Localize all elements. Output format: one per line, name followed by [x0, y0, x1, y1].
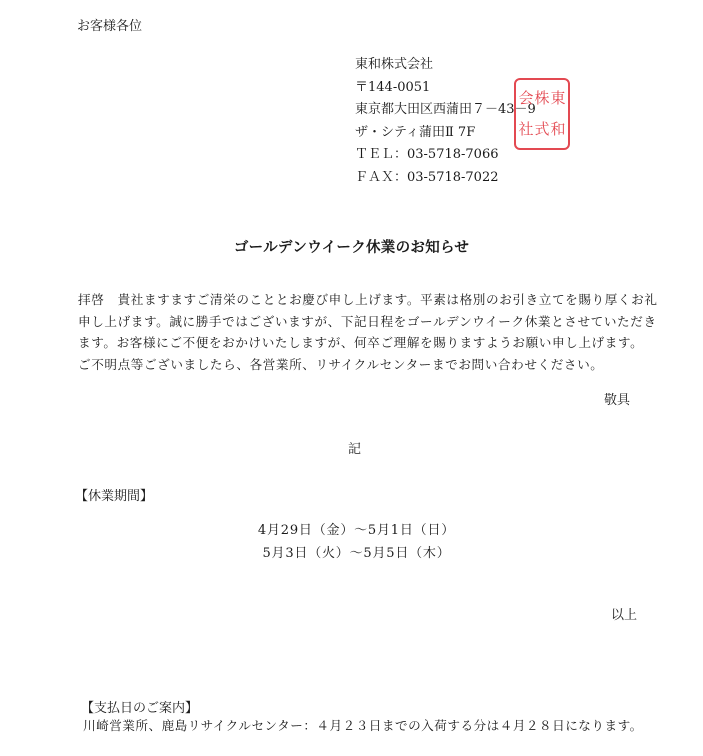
holiday-range: 4月29日（金）～5月1日（日） [0, 519, 703, 542]
sender-address-line1: 東京都大田区西蒲田７－43－9 [355, 99, 536, 122]
seal-char: 東 [550, 83, 566, 114]
holiday-period-heading: 【休業期間】 [75, 485, 153, 504]
recipient-salutation: お客様各位 [77, 15, 142, 34]
sender-company: 東和株式会社 [355, 54, 536, 77]
closing-ijou: 以上 [611, 604, 637, 623]
payment-info-text: 川崎営業所、鹿島リサイクルセンター：４月２３日までの入荷する分は４月２８日になり… [83, 715, 643, 734]
seal-char: 和 [550, 114, 566, 145]
payment-info-heading: 【支払日のご案内】 [81, 697, 198, 716]
document-title: ゴールデンウイーク休業のお知らせ [0, 236, 703, 257]
closing-keigu: 敬具 [604, 389, 630, 408]
seal-char: 株 [534, 83, 550, 114]
ki-marker: 記 [348, 438, 361, 457]
company-seal-icon: 東 和 株 式 会 社 [514, 78, 570, 150]
sender-block: 東和株式会社 〒144-0051 東京都大田区西蒲田７－43－9 ザ・シティ蒲田… [355, 54, 536, 189]
sender-address-line2: ザ・シティ蒲田Ⅱ 7F [355, 122, 536, 145]
sender-tel: ＴＥＬ：03-5718-7066 [355, 144, 536, 167]
body-line: ご不明点等ございましたら、各営業所、リサイクルセンターまでお問い合わせください。 [78, 354, 658, 376]
body-line: 申し上げます。誠に勝手ではございますが、下記日程をゴールデンウイーク休業とさせて… [78, 311, 658, 333]
seal-char: 社 [518, 114, 534, 145]
holiday-period-list: 4月29日（金）～5月1日（日） 5月3日（火）～5月5日（木） [0, 519, 703, 565]
seal-char: 式 [534, 114, 550, 145]
sender-fax: ＦＡＸ：03-5718-7022 [355, 167, 536, 190]
holiday-range: 5月3日（火）～5月5日（木） [0, 542, 703, 565]
body-line: ます。お客様にご不便をおかけいたしますが、何卒ご理解を賜りますようお願い申し上げ… [78, 332, 658, 354]
body-line: 拝啓 貴社ますますご清栄のこととお慶び申し上げます。平素は格別のお引き立てを賜り… [78, 289, 658, 311]
body-paragraph: 拝啓 貴社ますますご清栄のこととお慶び申し上げます。平素は格別のお引き立てを賜り… [78, 289, 658, 375]
seal-char: 会 [518, 83, 534, 114]
sender-postal-code: 〒144-0051 [355, 77, 536, 100]
